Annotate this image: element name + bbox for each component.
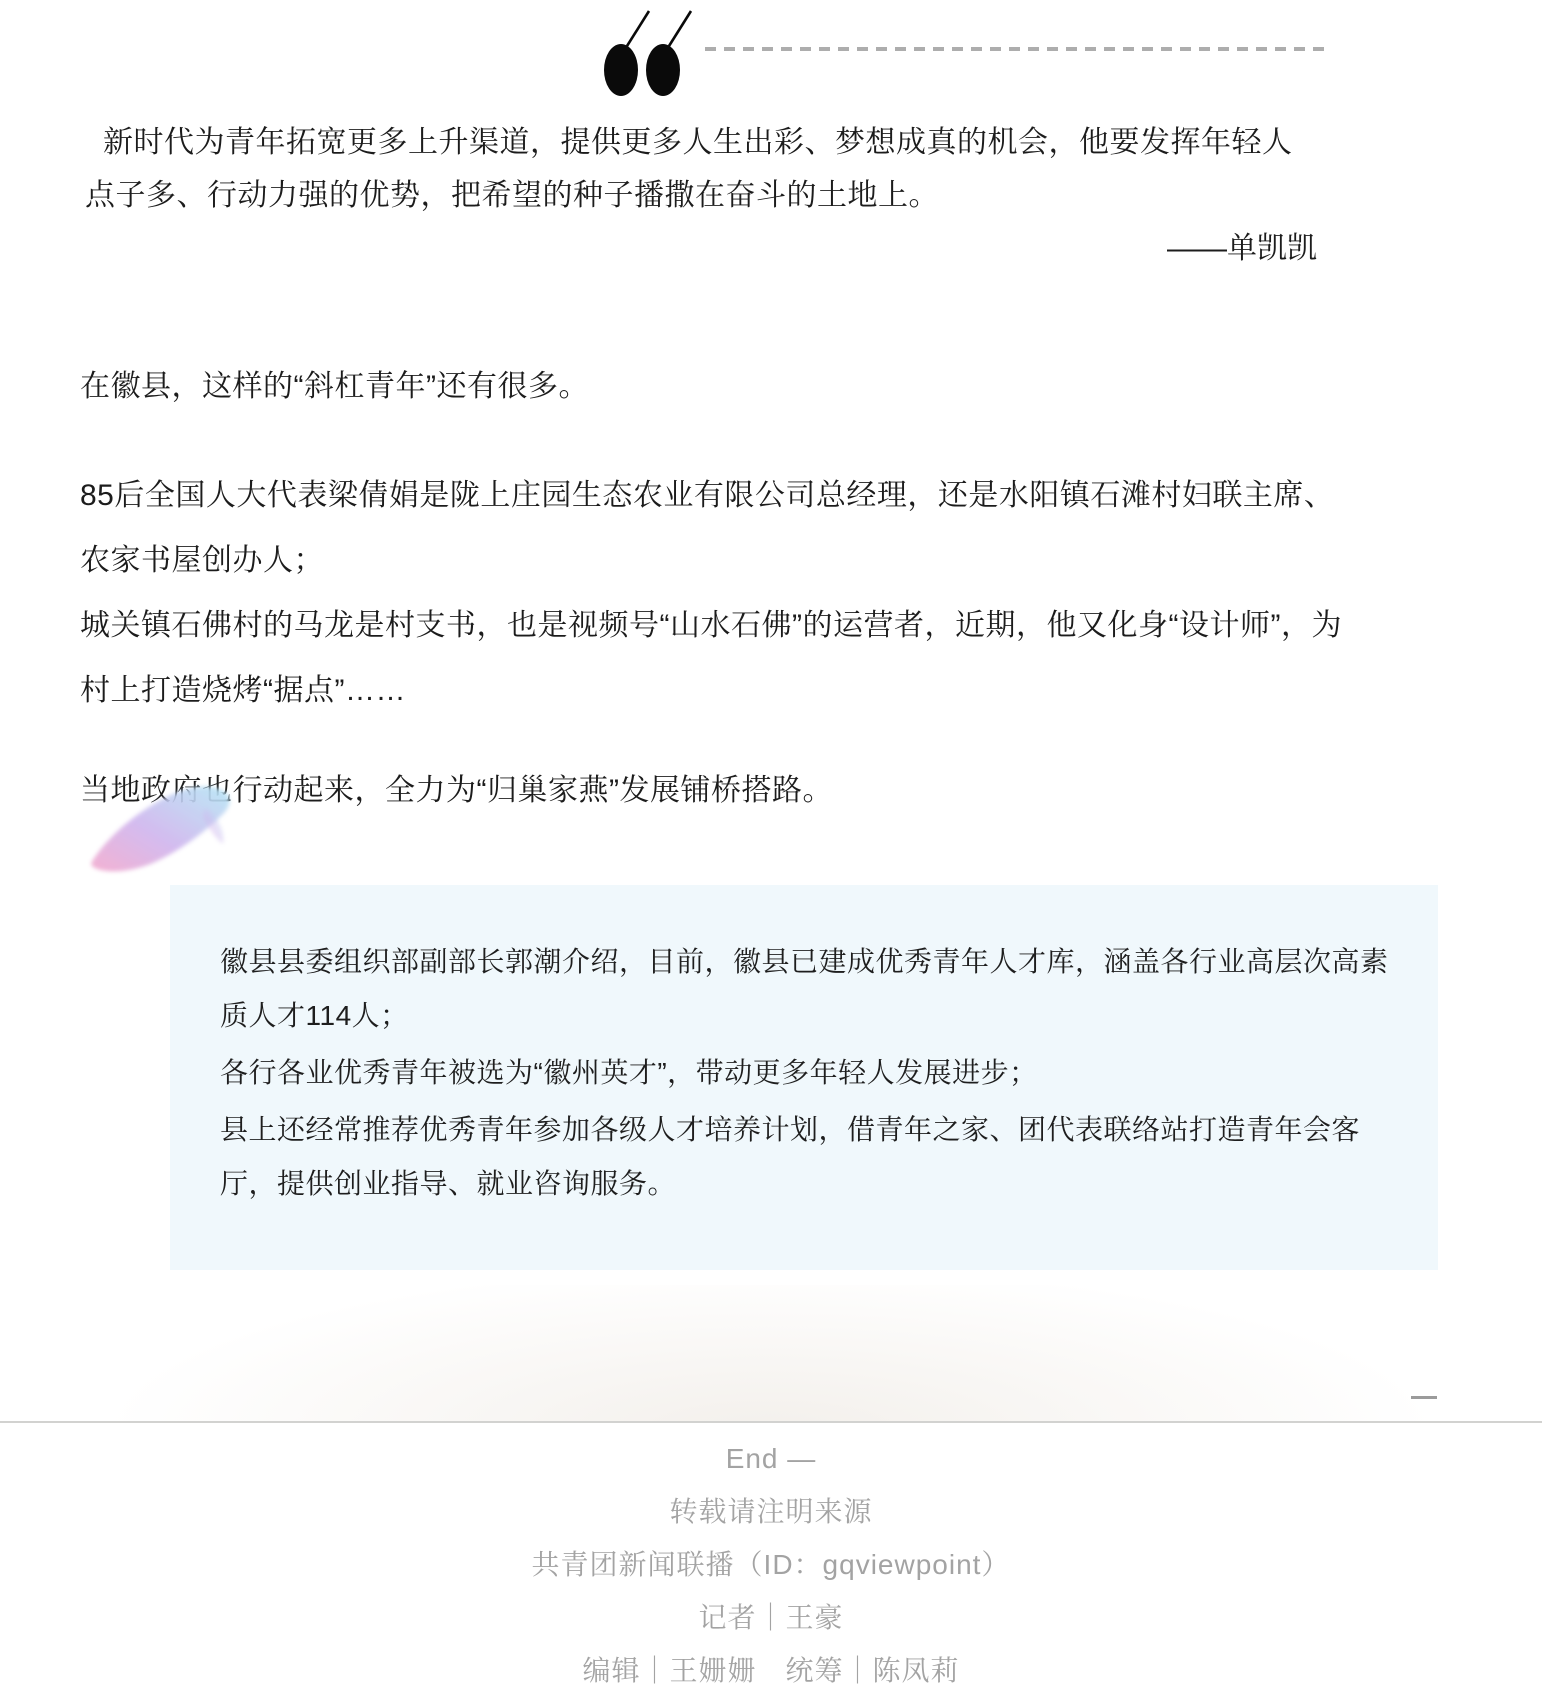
footer: End — 转载请注明来源 共青团新闻联播（ID：gqviewpoint） 记者… xyxy=(0,1444,1542,1685)
footer-reporter-credit: 记者｜王豪 xyxy=(698,1603,843,1632)
highlight-box: 徽县县委组织部副部长郭潮介绍，目前，徽县已建成优秀青年人才库，涵盖各行业高层次高… xyxy=(170,885,1438,1270)
dashed-divider-line xyxy=(705,47,1327,51)
paragraph-text: 当地政府也行动起来，全力为“归巢家燕”发展铺桥搭路。 xyxy=(80,758,1342,823)
divider-end-dash xyxy=(1411,1396,1437,1399)
watercolor-brush-icon xyxy=(85,778,243,876)
paragraph-text: 在徽县，这样的“斜杠青年”还有很多。 xyxy=(80,354,1342,419)
section-divider xyxy=(0,1285,1542,1423)
paragraph: 当地政府也行动起来，全力为“归巢家燕”发展铺桥搭路。 xyxy=(80,758,1342,823)
footer-editor-credit: 编辑｜王姗姗 统筹｜陈凤莉 xyxy=(582,1656,959,1685)
pull-quote-text: 新时代为青年拓宽更多上升渠道，提供更多人生出彩、梦想成真的机会，他要发挥年轻人点… xyxy=(85,116,1317,222)
highlight-box-line: 各行各业优秀青年被选为“徽州英才”，带动更多年轻人发展进步； xyxy=(220,1046,1390,1100)
paragraph-text: 85后全国人大代表梁倩娟是陇上庄园生态农业有限公司总经理，还是水阳镇石滩村妇联主… xyxy=(80,463,1342,593)
paragraph-text: 城关镇石佛村的马龙是村支书，也是视频号“山水石佛”的运营者，近期，他又化身“设计… xyxy=(80,593,1342,723)
double-quote-icon xyxy=(593,10,693,100)
pull-quote-attribution: ——单凯凯 xyxy=(85,231,1317,267)
highlight-box-line: 徽县县委组织部副部长郭潮介绍，目前，徽县已建成优秀青年人才库，涵盖各行业高层次高… xyxy=(220,935,1390,1043)
footer-repost-notice: 转载请注明来源 xyxy=(669,1497,872,1526)
paragraph: 85后全国人大代表梁倩娟是陇上庄园生态农业有限公司总经理，还是水阳镇石滩村妇联主… xyxy=(80,463,1342,723)
footer-end-label: End — xyxy=(726,1444,817,1473)
article-page: 新时代为青年拓宽更多上升渠道，提供更多人生出彩、梦想成真的机会，他要发挥年轻人点… xyxy=(0,0,1542,1700)
footer-account-id: 共青团新闻联播（ID：gqviewpoint） xyxy=(532,1550,1011,1579)
highlight-box-line: 县上还经常推荐优秀青年参加各级人才培养计划，借青年之家、团代表联络站打造青年会客… xyxy=(220,1103,1390,1211)
paragraph: 在徽县，这样的“斜杠青年”还有很多。 xyxy=(80,354,1342,419)
